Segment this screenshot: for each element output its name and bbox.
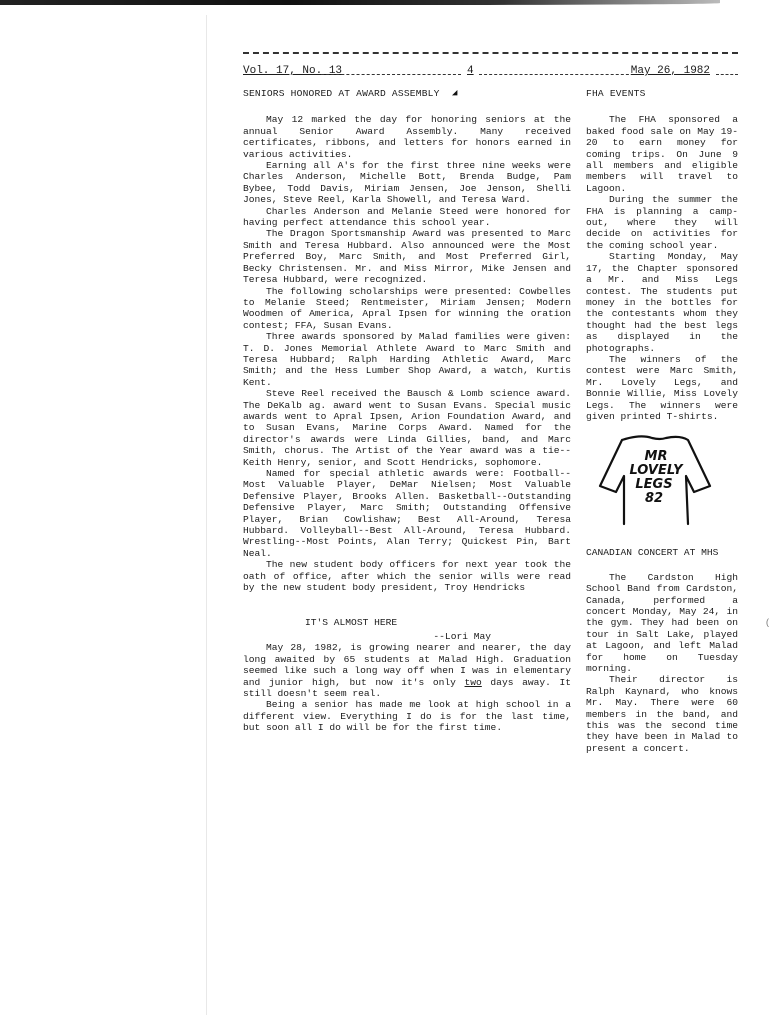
issue-date: May 26, 1982 [631, 64, 710, 78]
masthead: Vol. 17, No. 13 4 May 26, 1982 [243, 64, 738, 78]
article-paragraph: The Cardston High School Band from Cards… [586, 572, 738, 675]
shirt-text-line: LEGS [635, 477, 672, 492]
left-column: SENIORS HONORED AT AWARD ASSEMBLY May 12… [243, 88, 571, 734]
article-paragraph: May 28, 1982, is growing nearer and near… [243, 642, 571, 699]
article-headline: SENIORS HONORED AT AWARD ASSEMBLY [243, 88, 571, 99]
awards-article-body: May 12 marked the day for honoring senio… [243, 114, 571, 593]
page-number: 4 [467, 64, 474, 78]
shirt-text-line: 82 [645, 491, 663, 506]
article-paragraph: The FHA sponsored a baked food sale on M… [586, 114, 738, 194]
article-paragraph: Steve Reel received the Bausch & Lomb sc… [243, 388, 571, 468]
article-paragraph: During the summer the FHA is planning a … [586, 194, 738, 251]
byline: --Lori May [243, 631, 571, 642]
masthead-dash-fill [321, 74, 461, 75]
margin-mark-icon: ( [765, 618, 770, 628]
article-paragraph: May 12 marked the day for honoring senio… [243, 114, 571, 160]
masthead-dash-fill [716, 74, 738, 75]
volume-issue: Vol. 17, No. 13 [243, 64, 342, 78]
article-paragraph: Charles Anderson and Melanie Steed were … [243, 206, 571, 229]
stray-mark-icon: ◢ [452, 88, 457, 98]
article-paragraph: Named for special athletic awards were: … [243, 468, 571, 559]
right-column: FHA EVENTS The FHA sponsored a baked foo… [586, 88, 738, 754]
scan-edge-shadow [0, 0, 720, 5]
article-headline: CANADIAN CONCERT AT MHS [586, 547, 738, 558]
tshirt-illustration-icon: MR LOVELY LEGS 82 [594, 432, 714, 527]
article-paragraph: Starting Monday, May 17, the Chapter spo… [586, 251, 738, 354]
masthead-dash-fill [479, 74, 639, 75]
article-paragraph: Being a senior has made me look at high … [243, 699, 571, 733]
article-paragraph: Earning all A's for the first three nine… [243, 160, 571, 206]
article-headline: IT'S ALMOST HERE [243, 617, 571, 628]
shirt-text-line: MR [645, 449, 668, 464]
shirt-text-line: LOVELY [629, 463, 684, 478]
top-dashed-rule [243, 52, 738, 54]
underlined-word: two [465, 677, 482, 688]
article-paragraph: The new student body officers for next y… [243, 559, 571, 593]
article-paragraph: The winners of the contest were Marc Smi… [586, 354, 738, 422]
fold-line [206, 15, 207, 1015]
article-paragraph: Their director is Ralph Kaynard, who kno… [586, 674, 738, 754]
article-paragraph: The following scholarships were presente… [243, 286, 571, 332]
article-paragraph: The Dragon Sportsmanship Award was prese… [243, 228, 571, 285]
article-paragraph: Three awards sponsored by Malad families… [243, 331, 571, 388]
article-headline: FHA EVENTS [586, 88, 738, 99]
